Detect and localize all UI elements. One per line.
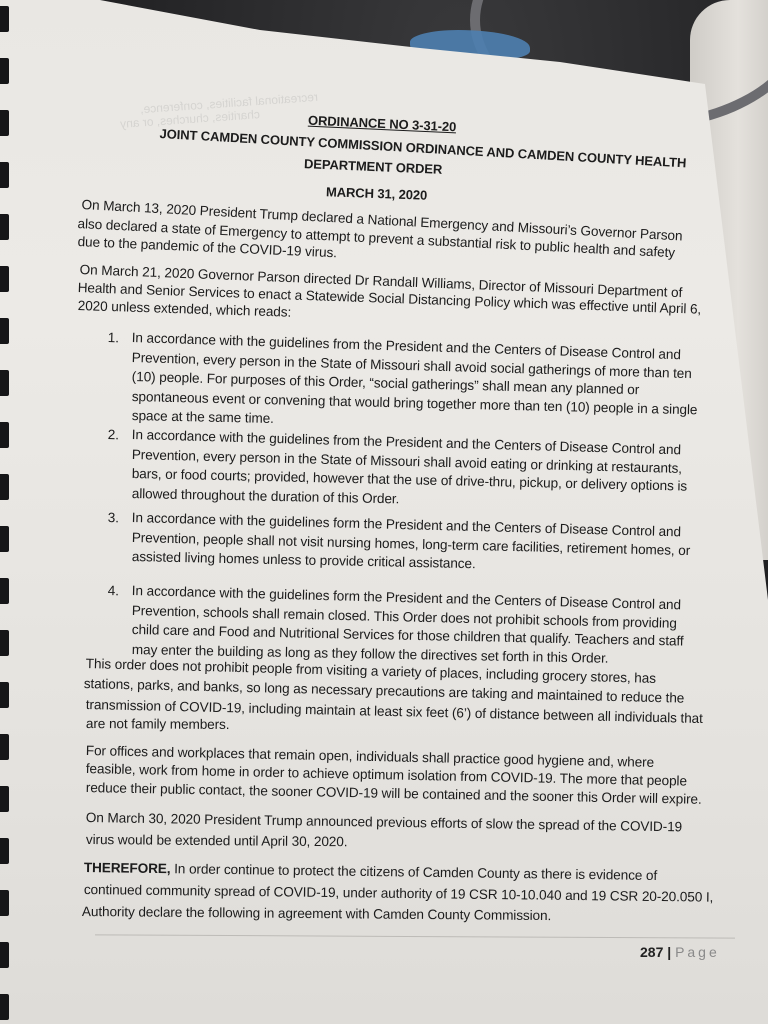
- document-title-line-2: DEPARTMENT ORDER: [304, 156, 443, 177]
- therefore-paragraph-line: THEREFORE, In order continue to protect …: [84, 860, 657, 883]
- page-number-value: 287: [640, 944, 663, 960]
- list-item-number: 4.: [108, 583, 120, 598]
- list-item-number: 2.: [108, 427, 120, 442]
- therefore-paragraph-line: Authority declare the following in agree…: [82, 904, 551, 923]
- page-word: Page: [675, 944, 720, 960]
- document-date: MARCH 31, 2020: [326, 184, 428, 203]
- list-item-2-line: allowed throughout the duration of this …: [132, 486, 400, 506]
- extension-paragraph-line: On March 30, 2020 President Trump announ…: [86, 810, 682, 834]
- therefore-lead: THEREFORE,: [84, 860, 171, 876]
- footer-divider: [95, 934, 735, 938]
- therefore-paragraph-line: continued community spread of COVID-19, …: [84, 882, 714, 905]
- ordinance-number: ORDINANCE NO 3-31-20: [308, 113, 457, 135]
- extension-paragraph-line: virus would be extended until April 30, …: [86, 832, 348, 849]
- list-item-number: 1.: [108, 330, 120, 345]
- list-item-3-line: assisted living homes unless to provide …: [132, 549, 476, 571]
- list-item-1-line: space at the same time.: [132, 408, 274, 426]
- page-separator: |: [667, 944, 671, 960]
- document-content: recreational facilities, conference, cha…: [0, 0, 768, 1024]
- places-paragraph-line: are not family members.: [86, 716, 230, 732]
- page-number: 287 | Page: [640, 944, 720, 960]
- list-item-number: 3.: [108, 510, 120, 525]
